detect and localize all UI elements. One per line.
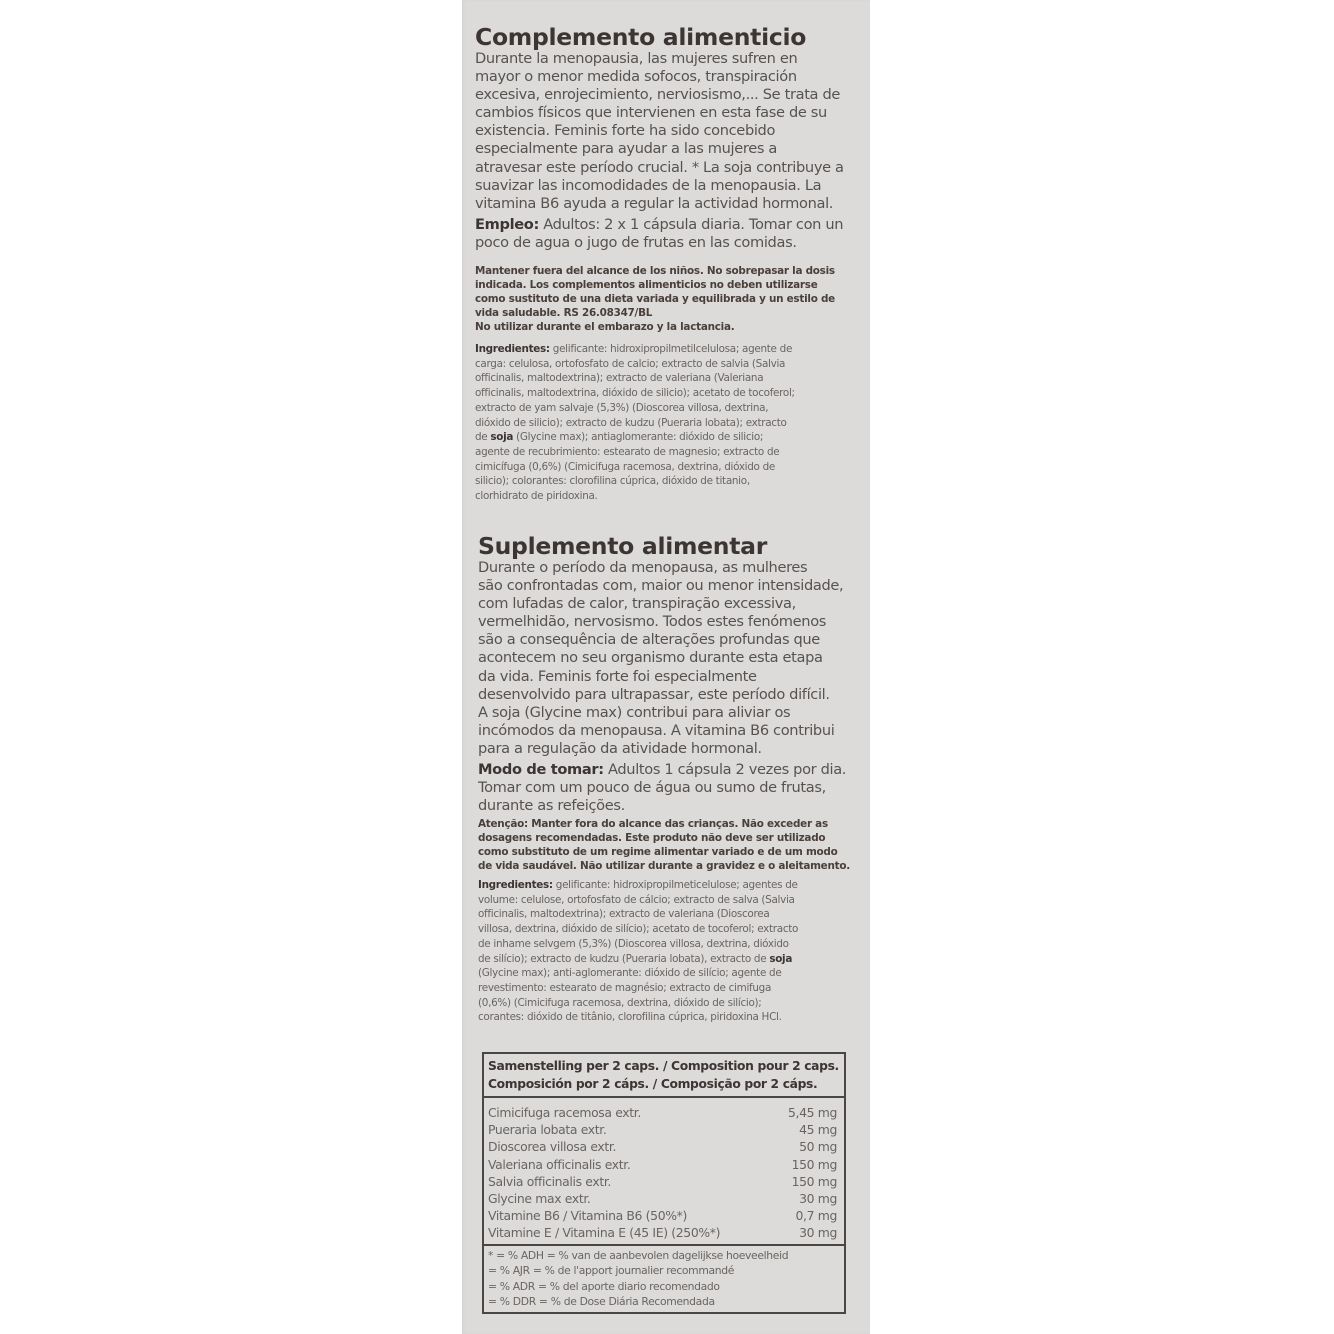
- footnote: = % AJR = % de l'apport journalier recom…: [488, 1263, 841, 1279]
- portuguese-warning: Atenção: Manter fora do alcance das cria…: [478, 817, 858, 873]
- ingredient-name: Pueraria lobata extr.: [488, 1121, 607, 1138]
- footnote: = % ADR = % del aporte diario recomendad…: [488, 1279, 841, 1295]
- portuguese-ingredients-text-1: gelificante: hidroxipropilmeticelulose; …: [478, 879, 798, 965]
- spanish-ingredients-text-1: gelificante: hidroxipropilmetilcelulosa;…: [475, 343, 795, 443]
- spanish-section: Complemento alimenticio Durante la menop…: [475, 24, 855, 252]
- table-row: Salvia officinalis extr.150 mg: [488, 1173, 841, 1190]
- spanish-warning-block: Mantener fuera del alcance de los niños.…: [475, 264, 855, 334]
- portuguese-description: Durante o período da menopausa, as mulhe…: [475, 559, 855, 758]
- spanish-warning: Mantener fuera del alcance de los niños.…: [475, 264, 855, 334]
- spanish-title: Complemento alimenticio: [475, 24, 855, 50]
- spanish-ingredients: Ingredientes: gelificante: hidroxipropil…: [475, 342, 855, 504]
- portuguese-ingredients-block: Ingredientes: gelificante: hidroxipropil…: [478, 878, 858, 1025]
- ingredient-name: Dioscorea villosa extr.: [488, 1138, 616, 1155]
- ingredient-amount: 0,7 mg: [796, 1207, 841, 1224]
- ingredient-name: Glycine max extr.: [488, 1190, 591, 1207]
- table-row: Cimicifuga racemosa extr.5,45 mg: [488, 1104, 841, 1121]
- composition-table-body: Cimicifuga racemosa extr.5,45 mg Puerari…: [484, 1098, 844, 1246]
- composition-table-header: Samenstelling per 2 caps. / Composition …: [484, 1054, 844, 1098]
- portuguese-title: Suplemento alimentar: [475, 533, 855, 559]
- table-row: Pueraria lobata extr.45 mg: [488, 1121, 841, 1138]
- spanish-usage-label: Empleo:: [475, 216, 539, 233]
- ingredient-amount: 45 mg: [799, 1121, 841, 1138]
- footnote: * = % ADH = % van de aanbevolen dagelijk…: [488, 1248, 841, 1264]
- ingredient-amount: 5,45 mg: [788, 1104, 841, 1121]
- ingredient-amount: 150 mg: [792, 1156, 841, 1173]
- spanish-description: Durante la menopausia, las mujeres sufre…: [475, 50, 855, 213]
- portuguese-section: Suplemento alimentar Durante o período d…: [475, 533, 855, 815]
- ingredient-name: Vitamine E / Vitamina E (45 IE) (250%*): [488, 1224, 720, 1241]
- spanish-usage: Empleo: Adultos: 2 x 1 cápsula diaria. T…: [475, 216, 855, 252]
- composition-header-line-2: Composición por 2 cáps. / Composição por…: [488, 1076, 841, 1094]
- spanish-ingredients-label: Ingredientes:: [475, 343, 550, 355]
- portuguese-ingredients: Ingredientes: gelificante: hidroxipropil…: [478, 878, 858, 1025]
- ingredient-name: Salvia officinalis extr.: [488, 1173, 611, 1190]
- ingredient-amount: 50 mg: [799, 1138, 841, 1155]
- portuguese-usage-label: Modo de tomar:: [478, 761, 604, 778]
- table-row: Vitamine E / Vitamina E (45 IE) (250%*)3…: [488, 1224, 841, 1241]
- portuguese-allergen-soja: soja: [769, 953, 792, 965]
- spanish-ingredients-text-2: (Glycine max); antiaglomerante: dióxido …: [475, 431, 779, 502]
- ingredient-amount: 30 mg: [799, 1190, 841, 1207]
- ingredient-name: Valeriana officinalis extr.: [488, 1156, 630, 1173]
- portuguese-ingredients-label: Ingredientes:: [478, 879, 553, 891]
- table-row: Dioscorea villosa extr.50 mg: [488, 1138, 841, 1155]
- table-row: Valeriana officinalis extr.150 mg: [488, 1156, 841, 1173]
- ingredient-name: Cimicifuga racemosa extr.: [488, 1104, 641, 1121]
- composition-footnotes: * = % ADH = % van de aanbevolen dagelijk…: [484, 1246, 844, 1312]
- table-row: Vitamine B6 / Vitamina B6 (50%*)0,7 mg: [488, 1207, 841, 1224]
- spanish-ingredients-block: Ingredientes: gelificante: hidroxipropil…: [475, 342, 855, 504]
- portuguese-usage: Modo de tomar: Adultos 1 cápsula 2 vezes…: [475, 761, 855, 815]
- ingredient-name: Vitamine B6 / Vitamina B6 (50%*): [488, 1207, 687, 1224]
- footnote: = % DDR = % de Dose Diária Recomendada: [488, 1294, 841, 1310]
- ingredient-amount: 150 mg: [792, 1173, 841, 1190]
- portuguese-ingredients-text-2: (Glycine max); anti-aglomerante: dióxido…: [478, 967, 782, 1023]
- composition-header-line-1: Samenstelling per 2 caps. / Composition …: [488, 1058, 841, 1076]
- spanish-allergen-soja: soja: [490, 431, 513, 443]
- portuguese-warning-block: Atenção: Manter fora do alcance das cria…: [478, 817, 858, 873]
- table-row: Glycine max extr.30 mg: [488, 1190, 841, 1207]
- composition-table: Samenstelling per 2 caps. / Composition …: [482, 1052, 846, 1314]
- ingredient-amount: 30 mg: [799, 1224, 841, 1241]
